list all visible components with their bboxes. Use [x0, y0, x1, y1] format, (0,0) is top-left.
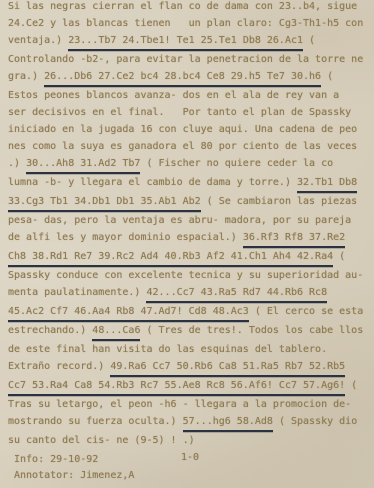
text-line: Tras su letargo, el peon -h6 - llegara a… [8, 396, 372, 413]
text-line: menta paulatinamente.) 42...Cc7 43.Ra5 R… [8, 284, 372, 303]
text-line: Estos peones blancos avanza- dos en el a… [8, 87, 372, 104]
annotation-text: menta paulatinamente.) [8, 284, 146, 301]
text-line: Controlando -b2-, para evitar la penetra… [8, 51, 372, 68]
footer-block: Info: 29-10-92 Annotator: Jimenez,A [14, 452, 366, 484]
annotation-text: mostrando su fuerza oculta.) [8, 413, 183, 430]
move-sequence-underlined: Cc7 53.Ra4 Ca8 54.Rb3 Rc7 55.Ae8 Rc8 56.… [8, 377, 345, 396]
text-line: lumna -b- y llegara el cambio de dama y … [8, 174, 372, 193]
annotation-text: ventaja.) [8, 32, 68, 49]
text-line: pesa- das, pero la ventaja es abru- mado… [8, 212, 372, 229]
annotation-text: ( [333, 248, 345, 265]
move-sequence-underlined: 23...Tb7 24.Tbe1! Te1 25.Te1 Db8 26.Ac1 [68, 32, 303, 51]
annotation-text: pesa- das, pero la ventaja es abru- mado… [8, 212, 351, 229]
move-sequence-underlined: 49.Ra6 Cc7 50.Rb6 Ca8 51.Ra5 Rb7 52.Rb5 [110, 358, 345, 377]
annotation-text: de este final han visita do las esquinas… [8, 341, 327, 358]
text-line: su canto del cis- ne (9-5) ! .) [8, 432, 372, 449]
annotation-text: Estos peones blancos avanza- dos en el a… [8, 87, 339, 104]
text-line: Si las negras cierran el flan co de dama… [8, 0, 372, 15]
text-line: mostrando su fuerza oculta.) 57...hg6 58… [8, 413, 372, 432]
text-line: 33.Cg3 Tb1 34.Db1 Db1 35.Ab1 Ab2 ( Se ca… [8, 193, 372, 212]
text-line: estrechando.) 48...Ca6 ( Tres de tres!. … [8, 322, 372, 341]
move-sequence-underlined: 32.Tb1 Db8 [297, 174, 357, 193]
annotation-text: Tras su letargo, el peon -h6 - llegara a… [8, 396, 351, 413]
scanned-page: Si las negras cierran el flan co de dama… [0, 0, 374, 488]
annotation-text-block: Si las negras cierran el flan co de dama… [8, 0, 372, 466]
text-lines-container: Si las negras cierran el flan co de dama… [8, 0, 372, 449]
move-sequence-underlined: 45.Ac2 Cf7 46.Aa4 Rb8 47.Ad7! Cd8 48.Ac3 [8, 303, 249, 322]
annotation-text: ( Fischer no quiere ceder la co [140, 155, 333, 172]
move-sequence-underlined: 42...Cc7 43.Ra5 Rd7 44.Rb6 Rc8 [146, 284, 327, 303]
annotation-text: ( Spassky dio [273, 413, 357, 430]
annotation-text: Spassky conduce con excelente tecnica y … [8, 267, 363, 284]
move-sequence-underlined: 33.Cg3 Tb1 34.Db1 Db1 35.Ab1 Ab2 [8, 193, 201, 212]
text-line: Spassky conduce con excelente tecnica y … [8, 267, 372, 284]
move-sequence-underlined: 30...Ah8 31.Ad2 Tb7 [26, 155, 140, 174]
annotation-text: nes como la suya es ganadora el 80 por c… [8, 138, 357, 155]
annotation-text: Controlando -b2-, para evitar la penetra… [8, 51, 363, 68]
text-line: gra.) 26...Db6 27.Ce2 bc4 28.bc4 Ce8 29.… [8, 68, 372, 87]
annotation-text: ( [321, 68, 333, 85]
text-line: de este final han visita do las esquinas… [8, 341, 372, 358]
text-line: Extraño record.) 49.Ra6 Cc7 50.Rb6 Ca8 5… [8, 358, 372, 377]
annotation-text: 24.Ce2 y las blancas tienen un plan clar… [8, 15, 363, 32]
annotation-text: ( Tres de tres!. Todos los cabe llos [140, 322, 363, 339]
annotation-text: de alfi les y mayor dominio espacial.) [8, 229, 243, 246]
move-sequence-underlined: 57...hg6 58.Ad8 [183, 413, 273, 432]
annotation-text: Extraño record.) [8, 358, 110, 375]
annotation-text: ( Se cambiaron las piezas [201, 193, 358, 210]
text-line: ser decisivos en el final. Por tanto el … [8, 104, 372, 121]
annotation-text: ser decisivos en el final. Por tanto el … [8, 104, 351, 121]
move-sequence-underlined: 36.Rf3 Rf8 37.Re2 [243, 229, 345, 248]
text-line: ventaja.) 23...Tb7 24.Tbe1! Te1 25.Te1 D… [8, 32, 372, 51]
info-line: Info: 29-10-92 [14, 452, 366, 468]
annotation-text: ( [345, 377, 357, 394]
text-line: nes como la suya es ganadora el 80 por c… [8, 138, 372, 155]
move-sequence-underlined: Ch8 38.Rd1 Re7 39.Rc2 Ad4 40.Rb3 Af2 41.… [8, 248, 333, 267]
annotation-text: su canto del cis- ne (9-5) ! .) [8, 432, 195, 449]
text-line: Cc7 53.Ra4 Ca8 54.Rb3 Rc7 55.Ae8 Rc8 56.… [8, 377, 372, 396]
annotation-text: lumna -b- y llegara el cambio de dama y … [8, 174, 297, 191]
annotator-line: Annotator: Jimenez,A [14, 468, 366, 484]
annotation-text: Si las negras cierran el flan co de dama… [8, 0, 357, 15]
move-sequence-underlined: 48...Ca6 [92, 322, 140, 341]
move-sequence-underlined: 26...Db6 27.Ce2 bc4 28.bc4 Ce8 29.h5 Te7… [44, 68, 321, 87]
text-line: Ch8 38.Rd1 Re7 39.Rc2 Ad4 40.Rb3 Af2 41.… [8, 248, 372, 267]
text-line: .) 30...Ah8 31.Ad2 Tb7 ( Fischer no quie… [8, 155, 372, 174]
annotation-text: ( El cerco se esta [249, 303, 363, 320]
text-line: 45.Ac2 Cf7 46.Aa4 Rb8 47.Ad7! Cd8 48.Ac3… [8, 303, 372, 322]
text-line: iniciado en la jugada 16 con cluye aqui.… [8, 121, 372, 138]
annotation-text: iniciado en la jugada 16 con cluye aqui.… [8, 121, 357, 138]
text-line: de alfi les y mayor dominio espacial.) 3… [8, 229, 372, 248]
annotation-text: gra.) [8, 68, 44, 85]
annotation-text: .) [8, 155, 26, 172]
annotation-text: estrechando.) [8, 322, 92, 339]
text-line: 24.Ce2 y las blancas tienen un plan clar… [8, 15, 372, 32]
annotation-text: ( [303, 32, 315, 49]
